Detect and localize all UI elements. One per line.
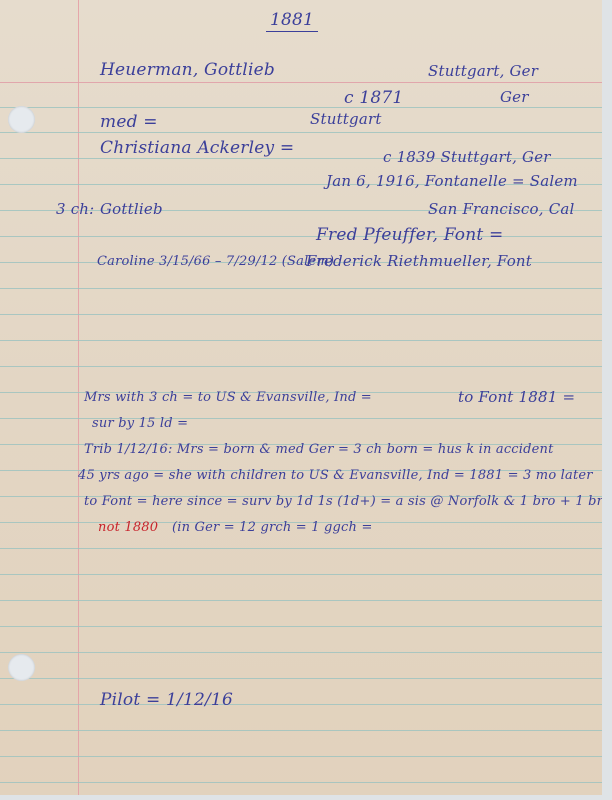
punch-hole <box>8 654 35 681</box>
margin-line <box>78 0 79 795</box>
child-2-spouse: Fred Pfeuffer, Font = <box>316 225 503 245</box>
child-3: Caroline 3/15/66 – 7/29/12 (Salem) <box>97 254 334 269</box>
rule-line <box>0 626 602 627</box>
rule-line <box>0 782 602 783</box>
rule-line <box>0 704 602 705</box>
rule-line <box>0 548 602 549</box>
note-line-4: 45 yrs ago = she with children to US & E… <box>78 468 593 483</box>
spouse-name: Christiana Ackerley = <box>100 138 294 158</box>
note-line-5: to Font = here since = surv by 1d 1s (1d… <box>84 494 602 509</box>
child-1: Gottlieb <box>100 200 163 218</box>
rule-line <box>0 107 602 108</box>
note-line-1b: to Font 1881 = <box>458 388 575 406</box>
spouse-place: Stuttgart <box>310 110 382 128</box>
rule-line <box>0 314 602 315</box>
rule-line <box>0 574 602 575</box>
note-line-1: Mrs with 3 ch = to US & Evansville, Ind … <box>84 390 372 405</box>
rule-line <box>0 652 602 653</box>
rule-line <box>0 730 602 731</box>
child-3-spouse: Frederick Riethmueller, Font <box>306 252 532 270</box>
rule-line <box>0 678 602 679</box>
rule-line <box>0 756 602 757</box>
children-label: 3 ch: <box>56 200 94 218</box>
footer-source: Pilot = 1/12/16 <box>100 690 233 710</box>
rule-line <box>0 600 602 601</box>
note-line-3: Trib 1/12/16: Mrs = born & med Ger = 3 c… <box>84 442 554 457</box>
rule-line <box>0 340 602 341</box>
rule-line-red <box>0 82 602 83</box>
rule-line <box>0 288 602 289</box>
country: Ger <box>500 88 529 106</box>
note-line-6: (in Ger = 12 grch = 1 ggch = <box>172 520 373 535</box>
year-heading: 1881 <box>266 10 318 32</box>
rule-line <box>0 366 602 367</box>
notebook-page: 1881 Heuerman, Gottlieb Stuttgart, Ger c… <box>0 0 602 795</box>
rule-line <box>0 418 602 419</box>
note-line-2: sur by 15 ld = <box>92 416 188 431</box>
birth-year: c 1871 <box>344 88 403 108</box>
birthplace: Stuttgart, Ger <box>428 62 538 80</box>
child-1-place: San Francisco, Cal <box>428 200 575 218</box>
married-label: med = <box>100 112 158 132</box>
primary-name: Heuerman, Gottlieb <box>100 60 275 80</box>
spouse-birth: c 1839 Stuttgart, Ger <box>383 148 551 166</box>
punch-hole <box>8 106 35 133</box>
red-note: not 1880 <box>98 520 158 535</box>
rule-line <box>0 236 602 237</box>
spouse-death: Jan 6, 1916, Fontanelle = Salem <box>326 172 578 190</box>
rule-line <box>0 132 602 133</box>
